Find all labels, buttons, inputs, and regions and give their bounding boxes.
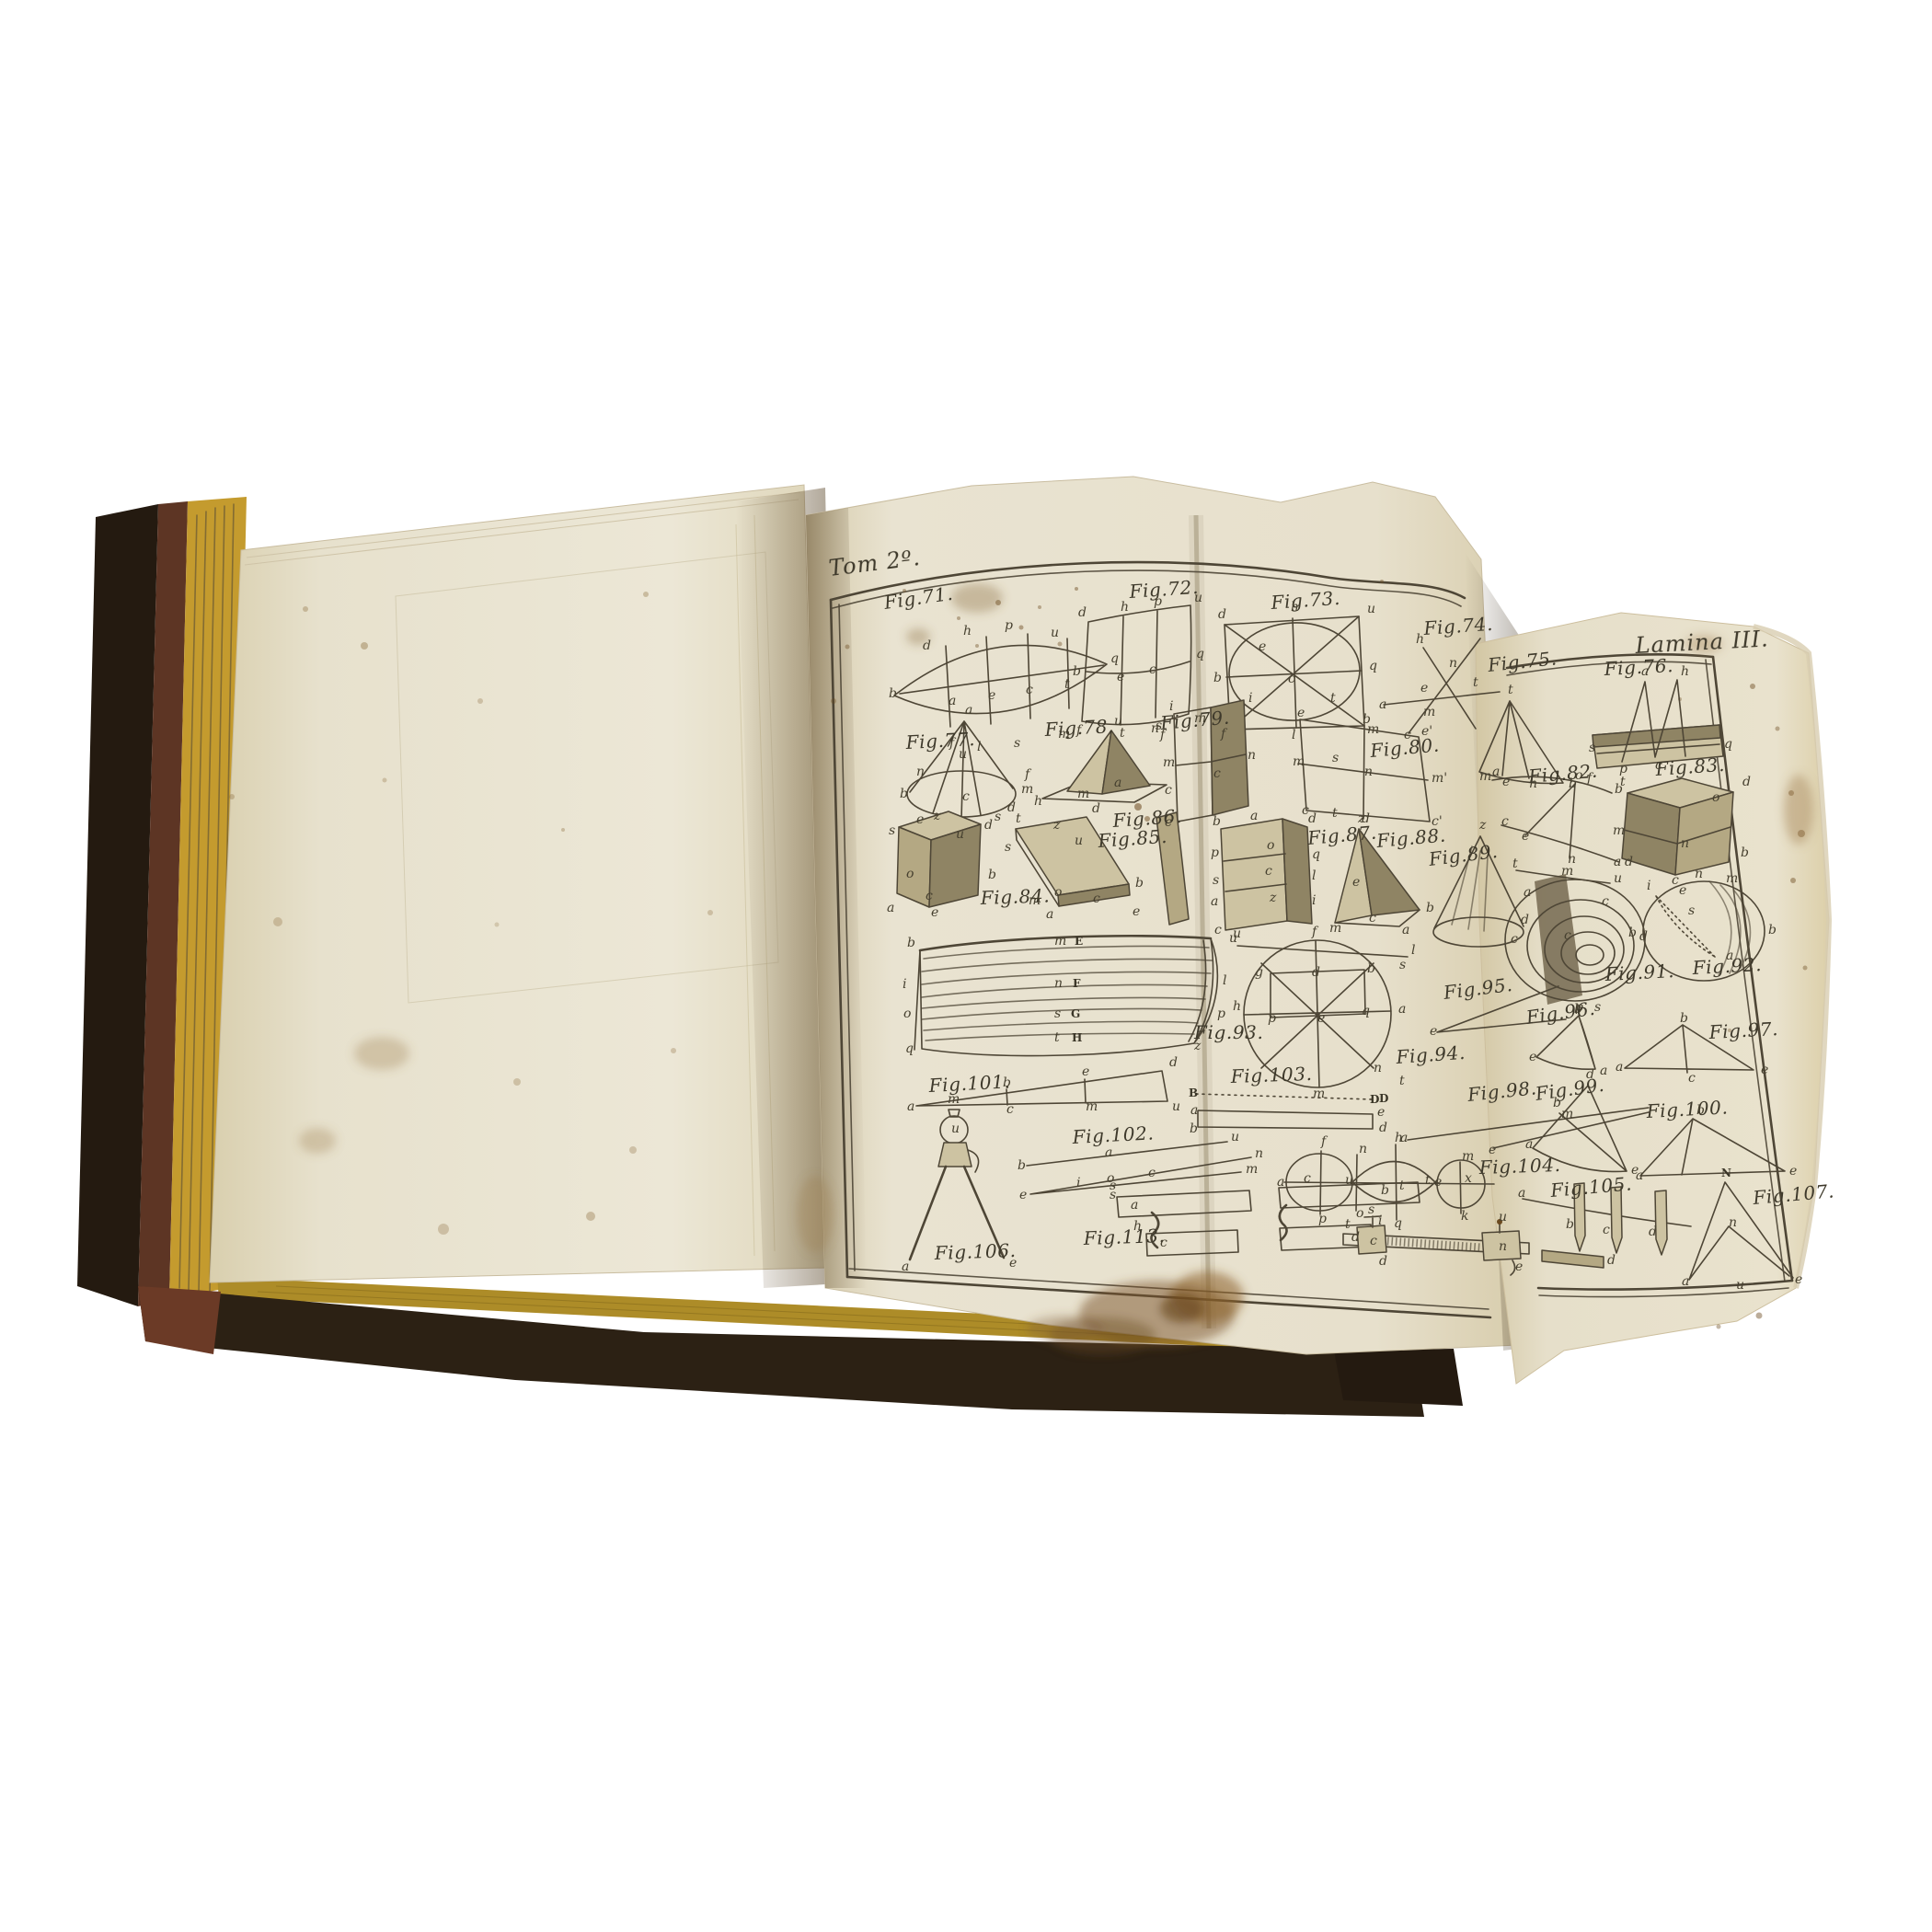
point-letter-fig87: b (1213, 814, 1221, 829)
point-letter-fig93: l (1223, 973, 1226, 988)
point-letter-ruler: c (1370, 1234, 1377, 1248)
left-page-paper (210, 485, 825, 1282)
figure-label-fig101: Fig.101. (927, 1070, 1011, 1097)
point-letter-fig103: d (1379, 1121, 1387, 1135)
figure-84-art (897, 811, 981, 907)
point-letter-fig72: b (1073, 664, 1081, 679)
point-letter-ruler: n (1499, 1239, 1507, 1254)
point-letter-fig102: m (1246, 1162, 1258, 1177)
point-letter-fig94: p (1268, 1011, 1276, 1026)
point-letter-fig83: d (1742, 775, 1751, 789)
point-letter-fig93: o (903, 1006, 911, 1021)
point-letter-fig87: d (1308, 811, 1317, 826)
figure-label-fig102: Fig.102. (1071, 1121, 1155, 1148)
point-letter-fig113: a (1131, 1198, 1138, 1213)
point-letter-fig93: E (1075, 935, 1083, 948)
point-letter-fig101: a (907, 1099, 914, 1114)
point-letter-fig73: b (1213, 671, 1222, 685)
point-letter-fig93: b (907, 936, 915, 950)
point-letter-fig79: i (1169, 699, 1173, 714)
point-letter-fig71: p (1005, 618, 1013, 633)
point-letter-fig106: m (948, 1092, 960, 1107)
point-letter-fig71: d (923, 638, 931, 653)
point-letter-fig95: e (1430, 1024, 1437, 1039)
point-letter-fig92: m (1726, 871, 1738, 886)
point-letter-fig87: o (1267, 838, 1274, 853)
point-letter-fig91: c (1602, 894, 1609, 909)
point-letter-fig94: l (1411, 943, 1415, 958)
point-letter-fig94: a (1398, 1002, 1406, 1017)
point-letter-fig85: c (1093, 891, 1100, 906)
point-letter-fig103: a (1190, 1103, 1198, 1118)
point-letter-fig104: a (1277, 1175, 1284, 1190)
point-letter-fig79: n (1248, 748, 1256, 763)
point-letter-fig87: l (1312, 868, 1316, 883)
point-letter-fig107: N (1721, 1167, 1731, 1179)
point-letter-fig87: z (1269, 891, 1277, 905)
point-letter-fig104: o (1356, 1206, 1363, 1221)
point-letter-fig104: e (1434, 1175, 1442, 1190)
point-letter-fig88: b (1426, 901, 1434, 915)
point-letter-fig91: b (1628, 926, 1637, 940)
point-letter-fig72: p (1154, 594, 1162, 609)
point-letter-fig71: e (988, 688, 995, 703)
point-letter-fig101: e (1082, 1064, 1089, 1079)
point-letter-fig102: b (1018, 1158, 1026, 1173)
point-letter-fig97: a (1616, 1060, 1623, 1075)
point-letter-fig92: s (1688, 903, 1695, 918)
point-letter-fig101: b (1003, 1075, 1011, 1090)
point-letter-fig107: e (1795, 1272, 1802, 1287)
point-letter-fig74: a (1379, 697, 1386, 712)
point-letter-fig77: e (916, 812, 924, 827)
point-letter-fig83: e (1679, 883, 1686, 898)
point-letter-fig105: b (1566, 1217, 1574, 1232)
point-letter-fig87: s (1213, 873, 1219, 888)
point-letter-fig78: u (1114, 714, 1122, 729)
point-letter-ruler: d (1379, 1254, 1387, 1269)
point-letter-fig83: t (1620, 775, 1626, 789)
point-letter-fig93: t (1054, 1030, 1060, 1045)
point-letter-fig102: i (1076, 1176, 1080, 1190)
point-letter-fig104: q (1394, 1216, 1402, 1231)
point-letter-ruler: u (1499, 1210, 1507, 1225)
board-under-foldout (1334, 1349, 1463, 1406)
point-letter-fig71: h (963, 624, 972, 638)
point-letter-fig75: t (1508, 683, 1513, 697)
point-letter-fig102: u (1231, 1130, 1239, 1144)
point-letter-fig97: b (1680, 1011, 1688, 1026)
point-letter-fig97: c (1688, 1071, 1696, 1086)
figure-label-fig97: Fig.97. (1708, 1018, 1779, 1043)
point-letter-fig99: a (1525, 1137, 1533, 1152)
point-letter-fig73: u (1367, 602, 1375, 616)
point-letter-fig85: o (1054, 885, 1062, 900)
point-letter-fig74: n (1449, 656, 1457, 671)
point-letter-fig101: c (1006, 1102, 1014, 1117)
point-letter-fig94: n (1374, 1061, 1382, 1075)
point-letter-fig105: d (1649, 1225, 1657, 1239)
point-letter-fig71: q (1110, 651, 1119, 666)
point-letter-fig88: e (1352, 875, 1360, 890)
figure-label-fig106: Fig.106. (933, 1239, 1017, 1264)
point-letter-fig94: u (1229, 931, 1237, 946)
point-letter-fig92: i (1647, 879, 1650, 893)
point-letter-fig113: c (1160, 1236, 1167, 1250)
point-letter-fig94: h (1233, 999, 1241, 1014)
point-letter-fig92: b (1768, 923, 1777, 937)
point-letter-fig72: h (1121, 600, 1129, 615)
point-letter-fig76: a (1641, 664, 1649, 679)
point-letter-fig71: s (1014, 736, 1020, 751)
point-letter-fig102: e (1019, 1188, 1027, 1202)
point-letter-fig94: m (1313, 1087, 1325, 1101)
point-letter-fig83: a (1614, 855, 1621, 869)
point-letter-fig102: c (1148, 1166, 1156, 1180)
point-letter-fig107: u (1736, 1278, 1744, 1293)
book-photo: Tom 2º. Lamina III. (0, 0, 1932, 1932)
point-letter-fig78: m (1077, 787, 1089, 801)
point-letter-fig84: d (984, 818, 993, 833)
point-letter-fig91: a (1524, 885, 1531, 900)
point-letter-fig78: n (1151, 721, 1159, 736)
point-letter-fig72: d (1078, 605, 1087, 620)
point-letter-fig89: z (1478, 818, 1487, 833)
point-letter-fig87: p (1211, 845, 1219, 860)
point-letter-fig77: u (959, 747, 967, 762)
point-letter-fig104: p (1318, 1212, 1327, 1226)
point-letter-fig100: e (1789, 1164, 1797, 1179)
point-letter-fig100: b (1696, 1103, 1705, 1118)
point-letter-fig89: c (1511, 932, 1518, 947)
point-letter-fig103: D (1379, 1092, 1388, 1105)
point-letter-fig96: e (1529, 1050, 1536, 1064)
point-letter-fig104: x (1465, 1171, 1472, 1186)
figure-label-fig113: Fig.113. (1082, 1225, 1166, 1249)
point-letter-fig93: s (1054, 1006, 1061, 1021)
point-letter-fig73: c (1288, 672, 1295, 686)
point-letter-fig74: h (1416, 632, 1424, 647)
point-letter-fig85: e (1133, 904, 1140, 919)
point-letter-fig105: c (1603, 1223, 1610, 1237)
point-letter-fig93: z (1193, 1039, 1202, 1053)
point-letter-fig101: d (1169, 1055, 1178, 1070)
point-letter-fig103: e (1377, 1105, 1385, 1120)
point-letter-fig93: c (1214, 923, 1222, 937)
point-letter-fig93: H (1072, 1031, 1082, 1044)
point-letter-fig104: n (1359, 1142, 1367, 1156)
point-letter-fig82: a (1492, 765, 1500, 779)
point-letter-fig80: s (1332, 751, 1339, 765)
point-letter-fig85: z (1052, 818, 1061, 833)
point-letter-fig106: u (951, 1121, 960, 1136)
point-letter-fig97: e (1761, 1063, 1768, 1077)
point-letter-fig76: s (1589, 741, 1595, 755)
point-letter-fig107: a (1682, 1274, 1689, 1289)
point-letter-fig84: c (926, 889, 933, 903)
point-letter-fig113: h (1133, 1219, 1142, 1234)
point-letter-fig85: m (1029, 893, 1041, 908)
point-letter-fig88: a (1402, 923, 1409, 937)
point-letter-fig84: a (887, 901, 894, 915)
point-letter-fig85: s (1005, 840, 1011, 855)
figure-label-fig91: Fig.91. (1604, 960, 1675, 985)
point-letter-fig92: a (1726, 949, 1733, 963)
point-letter-fig102: a (1105, 1145, 1112, 1160)
point-letter-ruler: s (1368, 1202, 1374, 1217)
point-letter-fig94: g (1255, 965, 1263, 980)
point-letter-fig72: e (1117, 670, 1124, 684)
point-letter-fig101: m (1086, 1099, 1098, 1114)
point-letter-fig75: e (1502, 775, 1510, 789)
point-letter-fig103: b (1190, 1121, 1198, 1136)
point-letter-fig80: e (1297, 706, 1305, 720)
point-letter-fig85: u (1075, 834, 1083, 848)
point-letter-fig75: m (1479, 769, 1491, 784)
point-letter-fig102: n (1255, 1146, 1263, 1161)
point-letter-fig99: d (1586, 1067, 1594, 1082)
point-letter-fig73: h (1291, 600, 1299, 615)
point-letter-fig105: a (1518, 1186, 1525, 1201)
point-letter-fig104: u (1345, 1173, 1353, 1188)
point-letter-fig87: i (1312, 893, 1316, 908)
point-letter-fig83: c (1672, 873, 1679, 888)
point-letter-fig77: a (965, 703, 972, 718)
point-letter-fig93: F (1073, 977, 1081, 990)
point-letter-fig106: a (902, 1259, 909, 1274)
point-letter-fig101: u (1172, 1099, 1180, 1114)
point-letter-fig73: e (1259, 639, 1266, 654)
point-letter-fig113: s (1110, 1179, 1116, 1193)
point-letter-fig77: m (1021, 782, 1033, 797)
point-letter-fig94: d (1312, 965, 1320, 980)
point-letter-fig94: q (1362, 1004, 1370, 1018)
point-letter-fig73: i (1248, 691, 1252, 706)
figure-label-fig76: Fig.76. (1603, 654, 1674, 680)
figure-label-fig103: Fig.103. (1229, 1063, 1313, 1087)
point-letter-fig80: b (1363, 712, 1371, 727)
point-letter-fig92: n (1695, 867, 1703, 881)
figure-label-fig104: Fig.104. (1478, 1154, 1561, 1179)
point-letter-fig73: l (1292, 728, 1295, 742)
point-letter-fig84: b (988, 868, 996, 882)
point-letter-fig73: t (1330, 691, 1336, 706)
point-letter-fig91: u (1614, 871, 1622, 886)
point-letter-fig113: b (1381, 1183, 1389, 1198)
point-letter-fig82: e (1522, 829, 1529, 844)
point-letter-fig71: l (977, 740, 981, 754)
point-letter-fig94: t (1399, 1074, 1405, 1088)
point-letter-fig71: b (889, 686, 897, 701)
point-letter-fig72: c (1149, 662, 1156, 677)
point-letter-fig91: c (1564, 928, 1571, 943)
point-letter-fig80: m' (1432, 771, 1447, 786)
point-letter-fig99: b (1553, 1096, 1561, 1110)
point-letter-fig84: z (933, 809, 941, 823)
point-letter-fig94: s (1399, 958, 1406, 972)
point-letter-fig91: t (1512, 857, 1518, 871)
point-letter-fig92: d (1639, 929, 1648, 944)
point-letter-fig85: d (1092, 801, 1100, 816)
point-letter-fig91: d (1521, 913, 1529, 927)
point-letter-fig85: t (1016, 811, 1021, 826)
point-letter-fig76: q (1724, 737, 1732, 752)
point-letter-fig88: z (1357, 811, 1365, 826)
point-letter-fig93: q (905, 1041, 914, 1056)
point-letter-fig71: u (1051, 626, 1059, 640)
point-letter-fig73: d (1218, 607, 1226, 622)
point-letter-fig78: h (1034, 794, 1042, 809)
point-letter-fig93: i (903, 977, 906, 992)
point-letter-fig113: t (1425, 1173, 1431, 1188)
figure-label-fig100: Fig.100. (1645, 1096, 1729, 1122)
point-letter-fig84: e (931, 905, 938, 920)
point-letter-ruler: e (1515, 1259, 1523, 1274)
point-letter-fig77: n (916, 765, 925, 779)
point-letter-fig88: m (1329, 921, 1341, 936)
point-letter-fig104: h (1395, 1131, 1403, 1145)
figure-label-fig78: Fig.78. (1043, 715, 1115, 741)
point-letter-fig87: a (1211, 894, 1218, 909)
point-letter-fig84: u (956, 827, 964, 842)
point-letter-fig104: k (1461, 1209, 1468, 1224)
point-letter-fig113: i (1378, 1213, 1382, 1228)
point-letter-fig93: n (1054, 976, 1063, 991)
point-letter-fig96: s (1594, 1000, 1601, 1015)
point-letter-fig71: a (949, 694, 956, 708)
point-letter-fig96: b (1574, 1002, 1582, 1017)
point-letter-fig82: d (1625, 855, 1633, 869)
point-letter-fig100: a (1636, 1168, 1643, 1183)
point-letter-fig80: n (1364, 765, 1373, 779)
point-letter-fig80: t (1332, 806, 1338, 821)
point-letter-fig72: u (1194, 591, 1202, 605)
point-letter-fig72: q (1196, 647, 1204, 661)
point-letter-fig93: m (1054, 934, 1066, 949)
point-letter-fig103: B (1189, 1087, 1198, 1099)
point-letter-fig94: b (1367, 961, 1375, 976)
point-letter-fig80: m (1293, 754, 1305, 769)
point-letter-fig93: p (1217, 1006, 1225, 1021)
point-letter-fig74: t (1473, 675, 1478, 690)
point-letter-fig78: c (1165, 783, 1172, 798)
point-letter-fig76: h (1681, 664, 1689, 679)
point-letter-fig80: e' (1421, 724, 1432, 739)
point-letter-fig82: c (1501, 814, 1509, 829)
point-letter-fig105: d (1607, 1253, 1616, 1268)
figure-label-fig93: Fig.93. (1193, 1021, 1263, 1043)
point-letter-fig94: e (1317, 1011, 1325, 1026)
point-letter-fig84: o (906, 867, 914, 881)
point-letter-fig77: s (995, 810, 1001, 824)
point-letter-fig73: q (1369, 659, 1377, 673)
point-letter-fig87: c (1265, 864, 1272, 879)
point-letter-fig77: b (900, 787, 908, 801)
point-letter-fig77: c (962, 789, 970, 804)
point-letter-fig82: o (1575, 768, 1582, 783)
point-letter-fig113: d (1351, 1230, 1360, 1245)
marbled-corner (138, 1286, 221, 1354)
point-letter-fig78: a (1114, 776, 1121, 790)
point-letter-fig85: a (1046, 907, 1053, 922)
point-letter-fig71: t (1064, 677, 1070, 692)
point-letter-fig71: c (1026, 683, 1033, 697)
point-letter-fig107: n (1729, 1215, 1737, 1230)
point-letter-fig84: s (889, 823, 895, 838)
point-letter-fig104: t (1399, 1179, 1405, 1193)
point-letter-ruler: t (1345, 1217, 1351, 1232)
point-letter-fig83: m (1613, 823, 1625, 838)
point-letter-fig106: e (1009, 1256, 1017, 1271)
point-letter-fig83: n (1681, 836, 1689, 851)
point-letter-fig83: o (1712, 790, 1719, 805)
point-letter-fig91: m (1561, 864, 1573, 879)
point-letter-fig83: b (1741, 845, 1749, 860)
point-letter-fig99: m (1561, 1107, 1573, 1121)
point-letter-fig74: e (1420, 681, 1428, 696)
point-letter-fig87: q (1312, 847, 1320, 862)
point-letter-fig104: m (1462, 1149, 1474, 1164)
point-letter-fig79: c (1213, 766, 1221, 781)
point-letter-fig77: d (1007, 800, 1016, 815)
point-letter-fig93: G (1071, 1007, 1080, 1020)
point-letter-fig79: m (1163, 755, 1175, 770)
point-letter-fig104: c (1304, 1171, 1311, 1186)
point-letter-fig85: b (1135, 876, 1144, 891)
left-page (210, 485, 842, 1288)
point-letter-fig74: m (1423, 705, 1435, 719)
photo-stage: Tom 2º. Lamina III. (0, 0, 1932, 1932)
point-letter-fig94: D (1370, 1093, 1379, 1106)
point-letter-fig88: c (1369, 911, 1376, 926)
point-letter-fig79: a (1250, 809, 1258, 823)
